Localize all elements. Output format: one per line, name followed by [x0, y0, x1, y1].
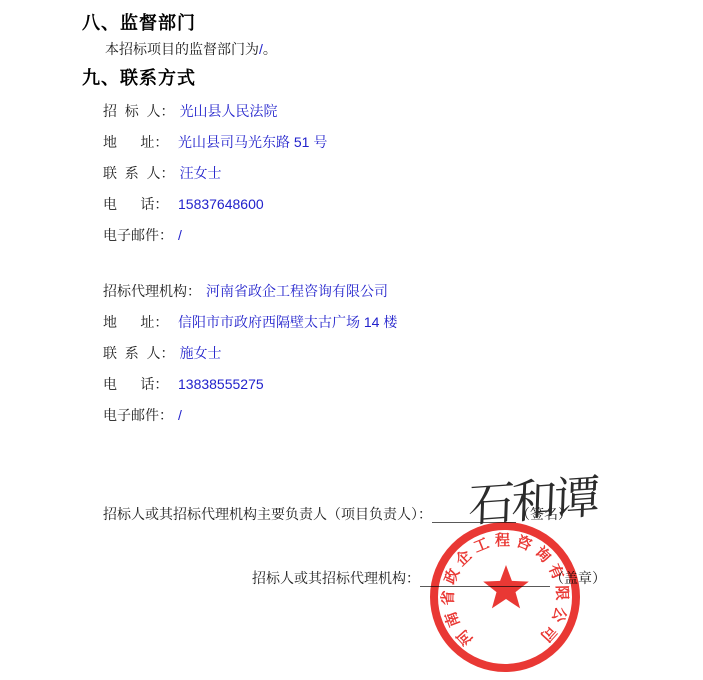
- agency-address-row: 地 址：信阳市市政府西隔壁太古广场 14 楼: [103, 314, 703, 330]
- bidder-email-label: 电子邮件：: [103, 227, 173, 243]
- agency-phone-value: 13838555275: [178, 376, 264, 392]
- bidder-phone-row: 电 话：15837648600: [103, 196, 703, 212]
- bidder-contactperson-label: 联 系 人：: [103, 165, 175, 181]
- company-seal-stamp: 河南省政企工程咨询有限公司: [427, 519, 585, 677]
- agency-address-label: 地 址：: [103, 314, 173, 330]
- signature-underline: [432, 508, 516, 523]
- handwritten-signature: 石和谭: [466, 450, 626, 560]
- supervision-period: 。: [263, 41, 277, 57]
- bidder-phone-label: 电 话：: [103, 196, 173, 212]
- agency-contactperson-label: 联 系 人：: [103, 345, 175, 361]
- supervision-text: 本招标项目的监督部门为: [105, 41, 259, 57]
- section-8-heading: 八、监督部门: [82, 0, 703, 34]
- agency-stamp-label: 招标人或其招标代理机构：: [252, 570, 420, 586]
- agency-address-value: 信阳市市政府西隔壁太古广场 14 楼: [178, 314, 397, 330]
- bidder-address-row: 地 址：光山县司马光东路 51 号: [103, 134, 703, 150]
- agency-name-row: 招标代理机构：河南省政企工程咨询有限公司: [103, 283, 703, 299]
- section-9-heading: 九、联系方式: [82, 67, 703, 89]
- bidder-email-row: 电子邮件：/: [103, 227, 703, 243]
- agency-email-label: 电子邮件：: [103, 407, 173, 423]
- seal-company-text: 河南省政企工程咨询有限公司: [440, 531, 572, 649]
- bidder-email-value: /: [178, 227, 182, 243]
- bidder-name-value: 光山县人民法院: [180, 103, 278, 119]
- agency-contactperson-row: 联 系 人：施女士: [103, 345, 703, 361]
- agency-stamp-line: 招标人或其招标代理机构：（盖章）: [252, 570, 606, 587]
- bidder-contactperson-row: 联 系 人：汪女士: [103, 165, 703, 181]
- agency-phone-label: 电 话：: [103, 376, 173, 392]
- agency-name-value: 河南省政企工程咨询有限公司: [206, 283, 388, 299]
- bidder-name-label: 招 标 人：: [103, 103, 175, 119]
- bidder-address-value: 光山县司马光东路 51 号: [178, 134, 327, 150]
- supervision-paragraph: 本招标项目的监督部门为/。: [105, 41, 703, 58]
- agency-contactperson-value: 施女士: [180, 345, 222, 361]
- bidder-name-row: 招 标 人：光山县人民法院: [103, 103, 703, 119]
- agency-email-value: /: [178, 407, 182, 423]
- seal-ring: [434, 526, 576, 668]
- bidder-contactperson-value: 汪女士: [180, 165, 222, 181]
- document-page: 八、监督部门 本招标项目的监督部门为/。 九、联系方式 招 标 人：光山县人民法…: [0, 0, 703, 680]
- agency-contact-block: 招标代理机构：河南省政企工程咨询有限公司 地 址：信阳市市政府西隔壁太古广场 1…: [103, 283, 703, 423]
- agency-email-row: 电子邮件：/: [103, 407, 703, 423]
- signature-suffix: （签名）: [516, 506, 572, 522]
- project-leader-signature-label: 招标人或其招标代理机构主要负责人（项目负责人）：: [103, 506, 432, 522]
- stamp-suffix: （盖章）: [550, 570, 606, 586]
- bidder-address-label: 地 址：: [103, 134, 173, 150]
- bidder-phone-value: 15837648600: [178, 196, 264, 212]
- stamp-underline: [420, 572, 550, 587]
- project-leader-signature-line: 招标人或其招标代理机构主要负责人（项目负责人）：（签名）: [103, 506, 572, 523]
- agency-phone-row: 电 话：13838555275: [103, 376, 703, 392]
- bidder-contact-block: 招 标 人：光山县人民法院 地 址：光山县司马光东路 51 号 联 系 人：汪女…: [103, 103, 703, 243]
- agency-name-label: 招标代理机构：: [103, 283, 201, 299]
